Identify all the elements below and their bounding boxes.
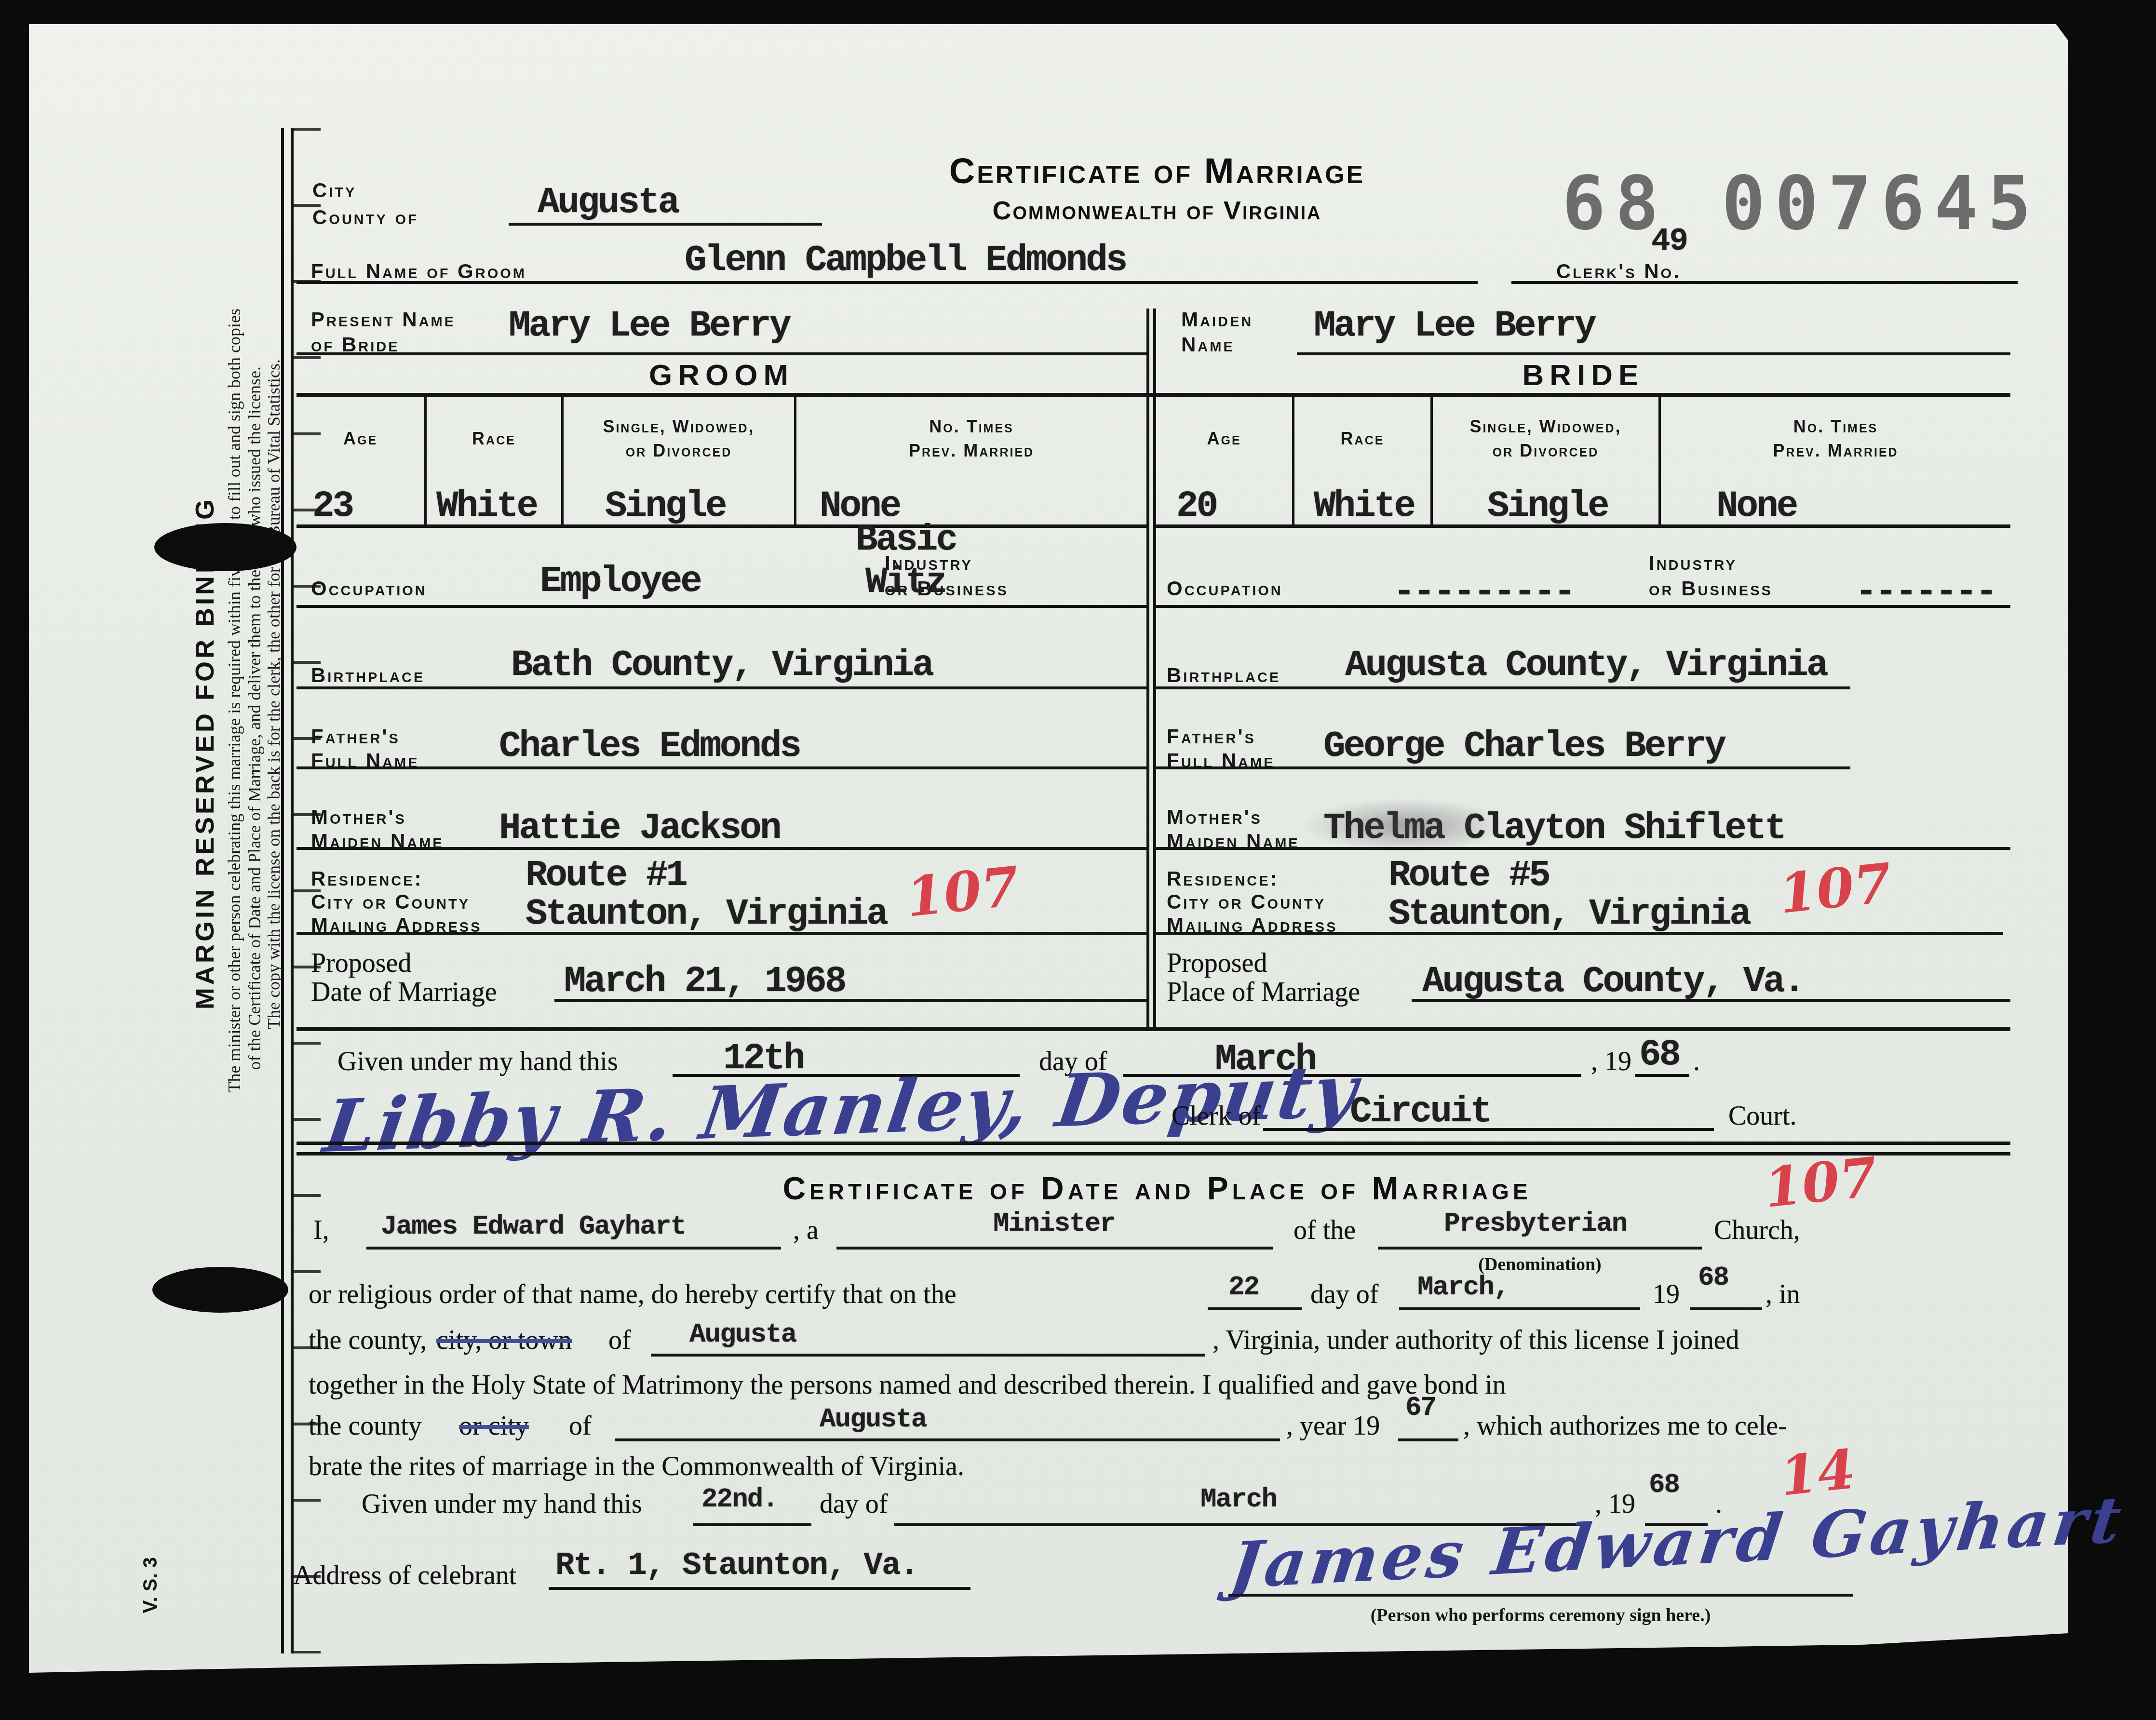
cert-line3-of: of: [608, 1326, 631, 1356]
present-name-underline: [296, 352, 1146, 355]
cert-denomination-value: Presbyterian: [1444, 1210, 1627, 1237]
cert-given2-day-of: day of: [820, 1490, 888, 1519]
clerks-no-label: Clerk's No.: [1556, 260, 1681, 282]
cert-line6: brate the rites of marriage in the Commo…: [309, 1452, 964, 1482]
proposed-date-label-2: Date of Marriage: [311, 978, 497, 1008]
groom-times-header-1: No. Times: [796, 417, 1146, 436]
proposed-date-label-1: Proposed: [311, 949, 411, 979]
cert-line5-end: , which authorizes me to cele-: [1463, 1411, 1787, 1441]
center-divider-right: [1153, 309, 1156, 1030]
groom-col-sep-3: [794, 397, 796, 525]
groom-mother-underline: [296, 847, 1146, 850]
bride-residence-underline: [1156, 932, 2003, 935]
bride-values-underline: [1156, 524, 2010, 528]
double-rule-bottom: [296, 1152, 2010, 1156]
cert-line5-year: 67: [1405, 1394, 1436, 1421]
cert-line5-place: Augusta: [820, 1406, 926, 1433]
groom-age-header: Age: [296, 429, 424, 448]
cert-line5-place-underline: [615, 1438, 1280, 1441]
groom-occupation-label: Occupation: [311, 578, 427, 600]
cert-given2-day: 22nd.: [701, 1486, 778, 1513]
groom-occupation-underline: [296, 605, 1146, 608]
cert-line5-of: of: [569, 1411, 592, 1441]
groom-name-label: Full Name of Groom: [311, 260, 526, 282]
clerk-year-value: 68: [1639, 1036, 1679, 1073]
county-value: Augusta: [538, 184, 678, 221]
clerk-of-label: Clerk of: [1172, 1102, 1261, 1131]
bride-times-value: None: [1716, 488, 1796, 524]
cert-line3-place-underline: [651, 1354, 1205, 1357]
center-divider-left: [1146, 309, 1149, 1030]
bride-race-header: Race: [1294, 429, 1430, 448]
proposed-place-label-1: Proposed: [1167, 949, 1267, 979]
groom-times-header-2: Prev. Married: [796, 441, 1146, 460]
groom-name-value: Glenn Campbell Edmonds: [685, 242, 1126, 279]
bride-times-header-2: Prev. Married: [1661, 441, 2010, 460]
ink-smudge: [1302, 798, 1509, 853]
groom-race-value: White: [436, 488, 537, 524]
cert-given2-day-underline: [693, 1523, 811, 1526]
cert-line3-place: Augusta: [689, 1321, 796, 1348]
bride-times-header-1: No. Times: [1661, 417, 2010, 436]
cert-line2-end: , in: [1765, 1280, 1800, 1310]
cert-line2-month: March,: [1417, 1274, 1509, 1301]
bride-residence-label-2: City or County: [1167, 891, 1326, 913]
groom-mother-value: Hattie Jackson: [499, 810, 780, 847]
bride-mother-label-1: Mother's: [1167, 806, 1262, 828]
clerk-year-pre: , 19: [1591, 1047, 1631, 1077]
sign-here-caption: (Person who performs ceremony sign here.…: [1228, 1606, 1853, 1625]
groom-occupation-value: Employee: [540, 563, 701, 600]
cert-denomination-underline: [1378, 1247, 1702, 1250]
groom-residence-label-1: Residence:: [311, 868, 423, 890]
celebrant-signature-underline: [1228, 1594, 1853, 1597]
bride-mother-underline: [1156, 847, 2010, 850]
binding-margin-text: MARGIN RESERVED FOR BINDING: [192, 497, 218, 1009]
groom-mother-label-1: Mother's: [311, 806, 406, 828]
margin-note-line2: of the Certificate of Date and Place of …: [246, 366, 263, 1070]
groom-residence-underline: [296, 932, 1146, 935]
bride-birthplace-underline: [1156, 686, 1850, 689]
denomination-caption: (Denomination): [1378, 1255, 1702, 1274]
license-stamp-number: 68 007645: [1562, 167, 2041, 241]
groom-birthplace-value: Bath County, Virginia: [511, 647, 932, 684]
groom-section-title: GROOM: [296, 361, 1146, 390]
present-name-value: Mary Lee Berry: [509, 308, 790, 344]
groom-col-sep-1: [424, 397, 427, 525]
bride-residence-line2: Staunton, Virginia: [1388, 896, 1750, 932]
court-value: Circuit: [1350, 1093, 1490, 1130]
bride-birthplace-value: Augusta County, Virginia: [1345, 647, 1827, 684]
double-rule-top: [296, 1142, 2010, 1145]
margin-note-line3: The copy with the license on the back is…: [265, 359, 283, 1029]
bride-marital-value: Single: [1487, 488, 1608, 524]
proposed-place-underline: [1412, 999, 2010, 1002]
cert-line2-day-of: day of: [1310, 1280, 1379, 1310]
clerks-no-underline: [1511, 281, 2018, 284]
cert-line2-day: 22: [1228, 1274, 1259, 1301]
city-label: City: [312, 179, 356, 202]
bride-father-label-1: Father's: [1167, 726, 1256, 748]
cert-given2-pre: Given under my hand this: [362, 1490, 642, 1519]
bride-marital-header-1: Single, Widowed,: [1433, 417, 1658, 436]
county-of-label: County of: [312, 206, 418, 228]
bride-industry-label-1: Industry: [1649, 552, 1737, 574]
bride-red-annotation: 107: [1777, 856, 1894, 922]
cert-line5-struck-text: or city: [459, 1411, 529, 1441]
bride-birthplace-label: Birthplace: [1167, 664, 1280, 686]
form-code: V. S. 3: [141, 1557, 160, 1613]
proposed-date-value: March 21, 1968: [564, 963, 845, 1000]
cert-line5-year-underline: [1398, 1438, 1458, 1441]
court-suffix: Court.: [1728, 1102, 1797, 1131]
bride-age-header: Age: [1156, 429, 1292, 448]
proposed-date-underline: [554, 999, 1146, 1002]
cert-line2-month-underline: [1399, 1307, 1640, 1310]
bride-col-sep-3: [1658, 397, 1661, 525]
clerk-given-text: Given under my hand this: [337, 1047, 618, 1077]
clerk-period: .: [1693, 1047, 1700, 1077]
bride-marital-header-2: or Divorced: [1433, 441, 1658, 460]
groom-marital-header-1: Single, Widowed,: [564, 417, 794, 436]
section-heavy-rule: [296, 1027, 2010, 1031]
bride-col-sep-2: [1430, 397, 1433, 525]
maiden-name-underline: [1297, 352, 2010, 355]
cert-given2-year: 68: [1649, 1471, 1679, 1498]
cert-line5-pre: the county: [309, 1411, 422, 1441]
cert-role-value: Minister: [993, 1210, 1115, 1237]
groom-col-sep-2: [561, 397, 564, 525]
bride-father-value: George Charles Berry: [1323, 728, 1725, 765]
margin-note-line1: The minister or other person celebrating…: [226, 309, 243, 1093]
cert-role-underline: [836, 1247, 1273, 1250]
groom-values-underline: [296, 524, 1146, 528]
groom-industry-value-1: Basic: [856, 522, 956, 558]
groom-red-annotation: 107: [904, 860, 1022, 925]
punch-hole-bottom: [152, 1267, 288, 1313]
cert-given2-month: March: [1200, 1486, 1277, 1513]
cert-line3-struck-text: city, or town: [436, 1326, 572, 1356]
cert-section-title: Certificate of Date and Place of Marriag…: [579, 1172, 1736, 1204]
maiden-name-value: Mary Lee Berry: [1314, 308, 1595, 344]
bride-race-value: White: [1314, 488, 1414, 524]
maiden-name-label-1: Maiden: [1181, 309, 1253, 331]
cert-a-label: , a: [793, 1216, 819, 1246]
cert-line2-year: 68: [1698, 1264, 1728, 1291]
bride-section-title: BRIDE: [1156, 361, 2010, 390]
groom-name-underline: [296, 281, 1478, 284]
groom-residence-line2: Staunton, Virginia: [526, 896, 887, 932]
groom-birthplace-underline: [296, 686, 1146, 689]
bride-occupation-label: Occupation: [1167, 578, 1283, 600]
bride-col-sep-1: [1292, 397, 1294, 525]
proposed-place-label-2: Place of Marriage: [1167, 978, 1360, 1008]
bride-residence-line1: Route #5: [1388, 857, 1549, 894]
bride-father-underline: [1156, 766, 1850, 769]
cert-red-annotation: 107: [1762, 1150, 1880, 1216]
maiden-name-label-2: Name: [1181, 334, 1235, 356]
cert-line3-pre: the county,: [309, 1326, 427, 1356]
groom-age-value: 23: [312, 488, 352, 524]
cert-line5-year-pre: , year 19: [1286, 1411, 1380, 1441]
groom-race-header: Race: [427, 429, 561, 448]
clerks-no-value: 49: [1651, 226, 1687, 257]
present-name-label-1: Present Name: [311, 309, 456, 331]
cert-line4: together in the Holy State of Matrimony …: [309, 1371, 1506, 1400]
address-label: Address of celebrant: [293, 1561, 516, 1591]
cert-of-the: of the: [1294, 1216, 1356, 1246]
cert-church-label: Church,: [1714, 1216, 1800, 1246]
punch-hole-top: [154, 523, 296, 571]
groom-birthplace-label: Birthplace: [311, 664, 425, 686]
groom-father-value: Charles Edmonds: [499, 728, 800, 765]
groom-father-label-1: Father's: [311, 726, 400, 748]
proposed-place-value: Augusta County, Va.: [1422, 963, 1804, 1000]
cert-red-annotation-2: 14: [1778, 1442, 1858, 1504]
cert-i-label: I,: [313, 1216, 329, 1246]
binding-rule-left: [281, 128, 284, 1653]
groom-father-underline: [296, 766, 1146, 769]
cert-line2-19: 19: [1653, 1280, 1680, 1310]
bride-residence-label-1: Residence:: [1167, 868, 1279, 890]
groom-residence-line1: Route #1: [526, 857, 686, 894]
cert-line2-year-underline: [1690, 1307, 1762, 1310]
cert-name-underline: [366, 1247, 781, 1250]
groom-industry-value-2: Witz: [865, 564, 945, 601]
bride-occupation-underline: [1156, 605, 2010, 608]
bride-industry-label-2: or Business: [1649, 578, 1773, 600]
groom-marital-header-2: or Divorced: [564, 441, 794, 460]
cert-line2-day-underline: [1208, 1307, 1302, 1310]
cert-line3-end: , Virginia, under authority of this lice…: [1213, 1326, 1739, 1356]
address-underline: [549, 1587, 970, 1590]
groom-residence-label-2: City or County: [311, 891, 470, 913]
commonwealth-subtitle: Commonwealth of Virginia: [675, 198, 1639, 224]
cert-line2-pre: or religious order of that name, do here…: [309, 1280, 957, 1310]
cert-name-value: James Edward Gayhart: [381, 1213, 686, 1240]
certificate-title: Certificate of Marriage: [675, 153, 1639, 189]
bride-age-value: 20: [1176, 488, 1216, 524]
address-value: Rt. 1, Staunton, Va.: [555, 1550, 918, 1582]
groom-marital-value: Single: [605, 488, 726, 524]
